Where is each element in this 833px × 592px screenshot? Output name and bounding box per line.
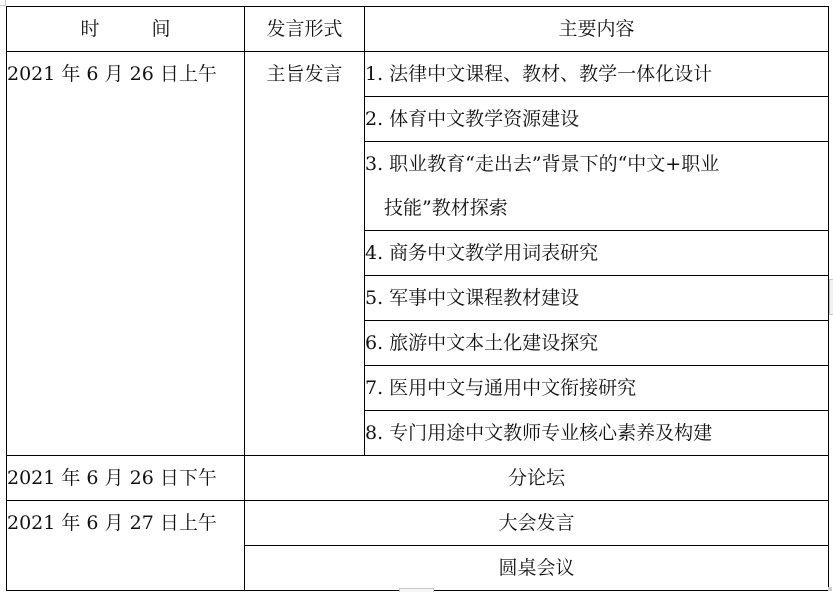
row-add-handle[interactable] <box>399 588 434 592</box>
column-resize-handle[interactable] <box>829 279 833 315</box>
session-1-item-3-line1: 3. 职业教育“走出去”背景下的“中文+职业 <box>365 153 719 175</box>
session-1-item-8: 8. 专门用途中文教师专业核心素养及构建 <box>365 411 829 456</box>
session-1-item-2: 2. 体育中文教学资源建设 <box>365 97 829 142</box>
session-3-merged-1: 大会发言 <box>245 501 829 546</box>
header-time: 时间 <box>7 7 245 52</box>
table-row: 2021 年 6 月 26 日下午 分论坛 <box>7 456 829 501</box>
session-1-item-5: 5. 军事中文课程教材建设 <box>365 276 829 321</box>
session-1-item-4: 4. 商务中文教学用词表研究 <box>365 231 829 276</box>
table-row: 2021 年 6 月 26 日上午 主旨发言 1. 法律中文课程、教材、教学一体… <box>7 52 829 97</box>
session-1-item-6: 6. 旅游中文本土化建设探究 <box>365 321 829 366</box>
session-2-merged: 分论坛 <box>245 456 829 501</box>
header-time-part1: 时 <box>80 18 99 40</box>
session-1-item-3-line2: 技能”教材探索 <box>384 197 508 219</box>
table-header-row: 时间 发言形式 主要内容 <box>7 7 829 52</box>
header-form: 发言形式 <box>245 7 365 52</box>
session-1-item-1: 1. 法律中文课程、教材、教学一体化设计 <box>365 52 829 97</box>
session-3-merged-2: 圆桌会议 <box>245 546 829 591</box>
session-1-time: 2021 年 6 月 26 日上午 <box>7 52 245 456</box>
table-row: 2021 年 6 月 27 日上午 大会发言 <box>7 501 829 546</box>
session-1-item-7: 7. 医用中文与通用中文衔接研究 <box>365 366 829 411</box>
session-1-form: 主旨发言 <box>245 52 365 456</box>
conference-schedule-table: 时间 发言形式 主要内容 2021 年 6 月 26 日上午 主旨发言 1. 法… <box>6 6 829 591</box>
session-3-time: 2021 年 6 月 27 日上午 <box>7 501 245 591</box>
header-time-part2: 间 <box>152 18 171 40</box>
session-1-item-3: 3. 职业教育“走出去”背景下的“中文+职业技能”教材探索 <box>365 142 829 231</box>
table-resize-corner[interactable] <box>828 587 832 591</box>
header-content: 主要内容 <box>365 7 829 52</box>
session-2-time: 2021 年 6 月 26 日下午 <box>7 456 245 501</box>
